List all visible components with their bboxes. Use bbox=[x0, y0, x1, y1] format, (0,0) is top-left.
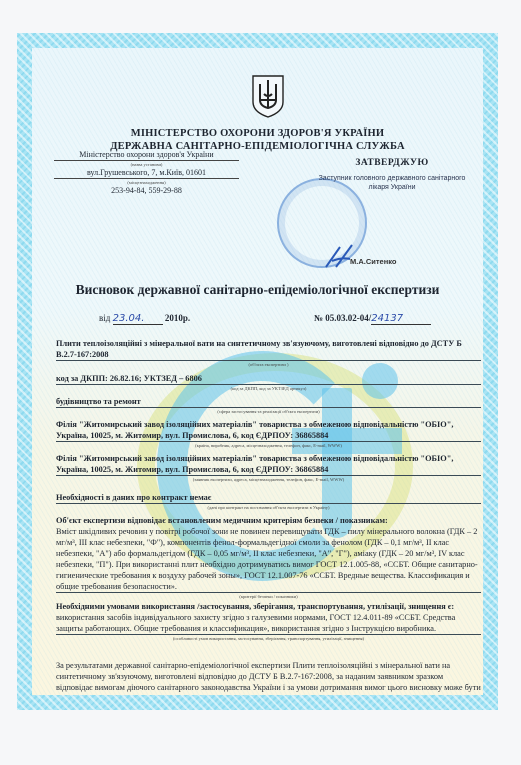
criteria-section: Об'єкт експертизи відповідає встановлени… bbox=[56, 515, 481, 600]
institution-name-caption: (назва установи) bbox=[54, 161, 239, 168]
handwritten-number: 24137 bbox=[371, 313, 431, 325]
document-number: № 05.03.02-04/24137 bbox=[314, 313, 431, 325]
conditions-text: використання засобів індивідуального зах… bbox=[56, 612, 481, 635]
conditions-section: Необхідними умовами використання /застос… bbox=[56, 601, 481, 642]
field-scope: будівництво та ремонт (сфера застосуванн… bbox=[56, 396, 481, 415]
approval-position: Заступник головного державного санітарно… bbox=[317, 174, 467, 192]
approval-title: ЗАТВЕРДЖУЮ bbox=[317, 158, 467, 168]
criteria-heading: Об'єкт експертизи відповідає встановлени… bbox=[56, 515, 481, 526]
institution-phones: 253-94-84, 559-29-88 bbox=[54, 186, 239, 195]
field-contract: Необхідності в даних про контракт немає … bbox=[56, 492, 481, 511]
document-date: від 23.04. 2010р. bbox=[99, 313, 190, 325]
conclusion-text: За результатами державної санітарно-епід… bbox=[56, 660, 481, 695]
institution-block: Міністерство охорони здоров'я України (н… bbox=[54, 150, 239, 195]
trident-coat-of-arms-icon bbox=[251, 74, 285, 118]
institution-name: Міністерство охорони здоров'я України bbox=[54, 150, 239, 161]
certificate-paper: МІНІСТЕРСТВО ОХОРОНИ ЗДОРОВ'Я УКРАЇНИ ДЕ… bbox=[32, 48, 483, 695]
signer-name: М.А.Ситенко bbox=[350, 257, 396, 266]
field-codes: код за ДКПП: 26.82.16; УКТЗЕД – 6806 (ко… bbox=[56, 373, 481, 392]
handwritten-date: 23.04. bbox=[113, 313, 163, 325]
approval-block: ЗАТВЕРДЖУЮ Заступник головного державног… bbox=[317, 158, 467, 192]
certificate-border: МІНІСТЕРСТВО ОХОРОНИ ЗДОРОВ'Я УКРАЇНИ ДЕ… bbox=[17, 33, 498, 710]
field-manufacturer: Філія "Житомирський завод ізоляційних ма… bbox=[56, 419, 481, 449]
document-title: Висновок державної санітарно-епідеміолог… bbox=[32, 282, 483, 298]
conditions-heading: Необхідними умовами використання /застос… bbox=[56, 601, 481, 612]
field-object: Плити теплоізоляційні з мінеральної вати… bbox=[56, 338, 481, 368]
institution-address: вул.Грушевського, 7, м.Київ, 01601 bbox=[54, 168, 239, 179]
institution-address-caption: (місцезнаходження) bbox=[54, 179, 239, 186]
ministry-heading: МІНІСТЕРСТВО ОХОРОНИ ЗДОРОВ'Я УКРАЇНИ bbox=[32, 128, 483, 139]
field-applicant: Філія "Житомирський завод ізоляційних ма… bbox=[56, 453, 481, 483]
criteria-text: Вміст шкідливих речовин у повітрі робочо… bbox=[56, 526, 481, 593]
